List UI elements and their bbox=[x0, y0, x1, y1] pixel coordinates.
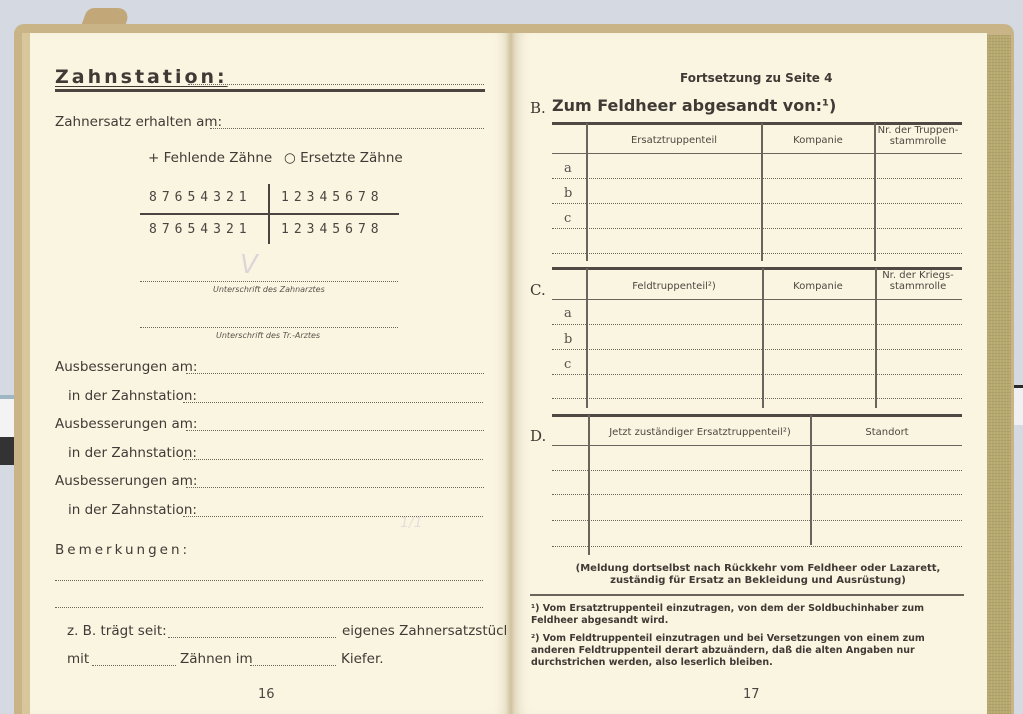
doctor-signature-field[interactable] bbox=[140, 327, 398, 328]
row-label: b bbox=[564, 186, 572, 201]
col-head: Ersatztruppenteil bbox=[587, 135, 761, 146]
row-label: b bbox=[564, 332, 572, 347]
teeth-lower-left: 12345678 bbox=[281, 222, 384, 237]
own-denture-label: eigenes Zahnersatzstück bbox=[342, 623, 511, 639]
section-c-letter: C. bbox=[530, 281, 546, 299]
table-row[interactable] bbox=[552, 470, 962, 471]
col-head: Kompanie bbox=[762, 281, 874, 292]
midline-divider bbox=[268, 184, 270, 244]
table-row-b[interactable] bbox=[552, 203, 962, 204]
table-row[interactable] bbox=[552, 494, 962, 495]
table-row[interactable] bbox=[552, 520, 962, 521]
repairs-field-3[interactable] bbox=[186, 487, 484, 488]
remarks-line-2[interactable] bbox=[55, 607, 483, 608]
section-b-title: Zum Feldheer abgesandt von:¹) bbox=[552, 96, 836, 115]
dentist-signature-label: Unterschrift des Zahnarztes bbox=[213, 285, 325, 294]
table-row-c[interactable] bbox=[552, 374, 962, 375]
teeth-upper-left: 12345678 bbox=[281, 190, 384, 205]
remarks-line-1[interactable] bbox=[55, 580, 483, 581]
denture-received-label: Zahnersatz erhalten am: bbox=[55, 114, 222, 130]
col-head: Nr. der Kriegs-stammrolle bbox=[876, 270, 960, 292]
table-row-c[interactable] bbox=[552, 228, 962, 229]
plus-icon: + bbox=[148, 150, 159, 166]
with-label: mit bbox=[67, 651, 89, 667]
wears-since-label: z. B. trägt seit: bbox=[67, 623, 167, 639]
doctor-signature-label: Unterschrift des Tr.-Arztes bbox=[216, 331, 320, 340]
jaw-label: Kiefer. bbox=[341, 651, 384, 667]
jaw-field[interactable] bbox=[250, 665, 336, 666]
station-label-3: in der Zahnstation: bbox=[68, 502, 197, 518]
zahnstation-field[interactable] bbox=[188, 84, 484, 85]
footnote-2: ²) Vom Feldtruppenteil einzutragen und b… bbox=[531, 633, 965, 669]
legend-missing: + Fehlende Zähne bbox=[148, 150, 272, 166]
row-label: a bbox=[564, 306, 572, 321]
col-head: Feldtruppenteil²) bbox=[587, 281, 761, 292]
table-row-a[interactable] bbox=[552, 178, 962, 179]
station-label-2: in der Zahnstation: bbox=[68, 445, 197, 461]
dentist-signature-field[interactable] bbox=[140, 281, 398, 282]
teeth-in-label: Zähnen im bbox=[180, 651, 253, 667]
repairs-label-2: Ausbesserungen am: bbox=[55, 416, 197, 432]
table-row[interactable] bbox=[552, 546, 962, 547]
legend-replaced: ○ Ersetzte Zähne bbox=[284, 150, 403, 166]
repairs-field-1[interactable] bbox=[186, 373, 484, 374]
repairs-label-1: Ausbesserungen am: bbox=[55, 359, 197, 375]
wears-since-field[interactable] bbox=[168, 637, 336, 638]
station-label-1: in der Zahnstation: bbox=[68, 388, 197, 404]
col-head: Jetzt zuständiger Ersatztruppenteil²) bbox=[590, 427, 810, 438]
footnote-1: ¹) Vom Ersatztruppenteil einzutragen, vo… bbox=[531, 603, 965, 627]
table-row-b[interactable] bbox=[552, 349, 962, 350]
col-head: Standort bbox=[812, 427, 962, 438]
section-d-note: (Meldung dortselbst nach Rückkehr vom Fe… bbox=[552, 563, 964, 587]
station-field-2[interactable] bbox=[183, 459, 483, 460]
section-b-letter: B. bbox=[530, 99, 546, 117]
teeth-count-field[interactable] bbox=[92, 665, 176, 666]
teeth-lower-right: 87654321 bbox=[149, 222, 252, 237]
table-row-extra[interactable] bbox=[552, 398, 962, 399]
page-number-17: 17 bbox=[743, 687, 760, 702]
station-field-3[interactable] bbox=[183, 516, 483, 517]
page-number-16: 16 bbox=[258, 687, 275, 702]
row-label: c bbox=[564, 211, 571, 226]
row-label: a bbox=[564, 161, 572, 176]
col-head: Nr. der Truppen-stammrolle bbox=[876, 125, 960, 147]
section-d-letter: D. bbox=[530, 427, 546, 445]
remarks-label: Bemerkungen: bbox=[55, 542, 190, 558]
title-underline bbox=[55, 89, 485, 92]
station-field-1[interactable] bbox=[183, 402, 483, 403]
footnote-divider bbox=[530, 594, 964, 596]
cloth-cover-edge bbox=[985, 35, 1011, 714]
row-label: c bbox=[564, 357, 571, 372]
table-row-a[interactable] bbox=[552, 324, 962, 325]
table-row-extra[interactable] bbox=[552, 253, 962, 254]
continuation-header: Fortsetzung zu Seite 4 bbox=[680, 71, 832, 85]
repairs-field-2[interactable] bbox=[186, 430, 484, 431]
denture-received-field[interactable] bbox=[210, 128, 484, 129]
faint-pencil-mark: V bbox=[240, 250, 258, 280]
circle-icon: ○ bbox=[284, 150, 296, 166]
teeth-upper-right: 87654321 bbox=[149, 190, 252, 205]
col-head: Kompanie bbox=[762, 135, 874, 146]
faint-pencil-mark-2: 1/1 bbox=[400, 515, 423, 531]
repairs-label-3: Ausbesserungen am: bbox=[55, 473, 197, 489]
